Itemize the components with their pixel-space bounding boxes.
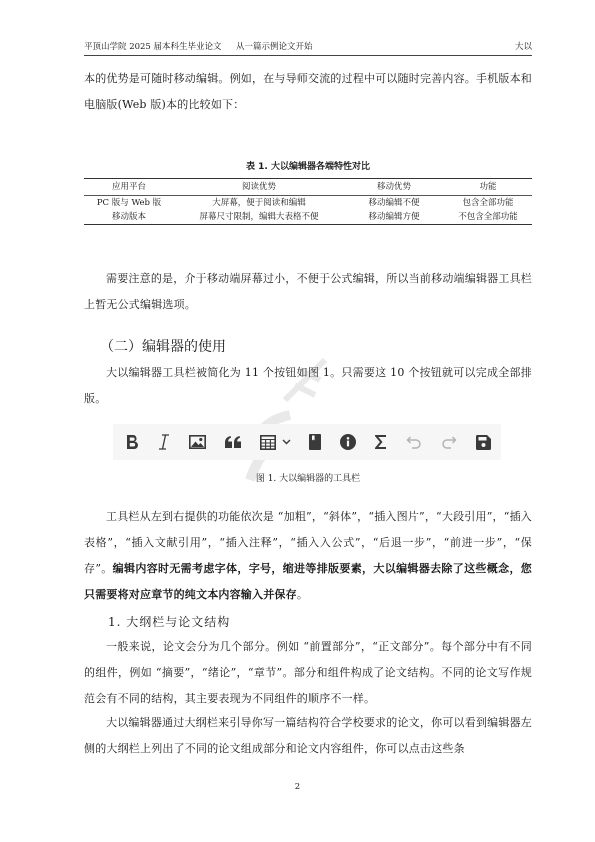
comparison-table: 应用平台 阅读优势 移动优势 功能 PC 版与 Web 版 大屏幕，便于阅读和编… xyxy=(84,178,532,225)
table-cell: 移动编辑方便 xyxy=(344,210,444,225)
table-cell: PC 版与 Web 版 xyxy=(84,196,174,211)
header-school: 平顶山学院 2025 届本科生毕业论文 xyxy=(84,40,222,54)
subsection-paragraph-2: 大以编辑器通过大纲栏来引导你写一篇结构符合学校要求的论文，你可以看到编辑器左侧的… xyxy=(84,710,532,762)
undo-button[interactable] xyxy=(406,432,422,452)
image-icon xyxy=(189,435,206,449)
page-header: 平顶山学院 2025 届本科生毕业论文 从一篇示例论文开始 大以 xyxy=(84,40,532,56)
toolbar-description: 工具栏从左到右提供的功能依次是 “加粗”，“斜体”，“插入图片”，“大段引用”，… xyxy=(84,504,532,608)
column-header: 阅读优势 xyxy=(174,179,344,196)
redo-button[interactable] xyxy=(441,432,457,452)
note-paragraph: 需要注意的是，介于移动端屏幕过小，不便于公式编辑，所以当前移动端编辑器工具栏上暂… xyxy=(84,266,532,318)
bold-icon xyxy=(125,434,139,450)
insert-citation-button[interactable] xyxy=(309,432,321,452)
table-cell: 屏幕尺寸限制，编辑大表格不便 xyxy=(174,210,344,225)
italic-icon xyxy=(158,434,170,450)
table-cell: 不包含全部功能 xyxy=(444,210,532,225)
table-cell: 包含全部功能 xyxy=(444,196,532,211)
undo-icon xyxy=(406,436,422,449)
table-cell: 大屏幕，便于阅读和编辑 xyxy=(174,196,344,211)
book-icon xyxy=(309,434,321,450)
table-caption: 表 1. 大以编辑器各端特性对比 xyxy=(84,160,532,174)
header-author: 大以 xyxy=(515,40,532,54)
table-cell: 移动版本 xyxy=(84,210,174,225)
sigma-icon xyxy=(375,435,387,449)
toolbar-description-end: 。 xyxy=(297,588,308,601)
save-button[interactable] xyxy=(476,432,491,452)
section-paragraph: 大以编辑器工具栏被简化为 11 个按钮如图 1。只需要这 10 个按钮就可以完成… xyxy=(84,360,532,412)
insert-formula-button[interactable] xyxy=(375,432,387,452)
editor-toolbar xyxy=(113,424,501,460)
column-header: 应用平台 xyxy=(84,179,174,196)
table-icon xyxy=(260,435,276,450)
table-row: 移动版本 屏幕尺寸限制，编辑大表格不便 移动编辑方便 不包含全部功能 xyxy=(84,210,532,225)
column-header: 功能 xyxy=(444,179,532,196)
blockquote-button[interactable] xyxy=(225,432,241,452)
page-number: 2 xyxy=(0,782,595,792)
intro-paragraph: 本的优势是可随时移动编辑。例如，在与导师交流的过程中可以随时完善内容。手机版本和… xyxy=(84,66,532,118)
insert-footnote-button[interactable] xyxy=(340,432,356,452)
redo-icon xyxy=(441,436,457,449)
section-title: （二）编辑器的使用 xyxy=(100,336,226,358)
quote-icon xyxy=(225,436,241,448)
chevron-down-icon[interactable] xyxy=(282,439,291,445)
save-icon xyxy=(476,435,491,450)
column-header: 移动优势 xyxy=(344,179,444,196)
insert-image-button[interactable] xyxy=(189,432,206,452)
header-title: 从一篇示例论文开始 xyxy=(236,40,313,54)
info-icon xyxy=(340,434,356,450)
figure-caption: 图 1. 大以编辑器的工具栏 xyxy=(84,472,532,486)
insert-table-button[interactable] xyxy=(260,432,291,452)
table-header-row: 应用平台 阅读优势 移动优势 功能 xyxy=(84,179,532,196)
subsection-title: 1. 大纲栏与论文结构 xyxy=(108,612,230,632)
italic-button[interactable] xyxy=(158,432,170,452)
bold-button[interactable] xyxy=(125,432,139,452)
subsection-paragraph-1: 一般来说，论文会分为几个部分。例如 “前置部分”，“正文部分”。每个部分中有不同… xyxy=(84,634,532,712)
table-row: PC 版与 Web 版 大屏幕，便于阅读和编辑 移动编辑不便 包含全部功能 xyxy=(84,196,532,211)
table-cell: 移动编辑不便 xyxy=(344,196,444,211)
